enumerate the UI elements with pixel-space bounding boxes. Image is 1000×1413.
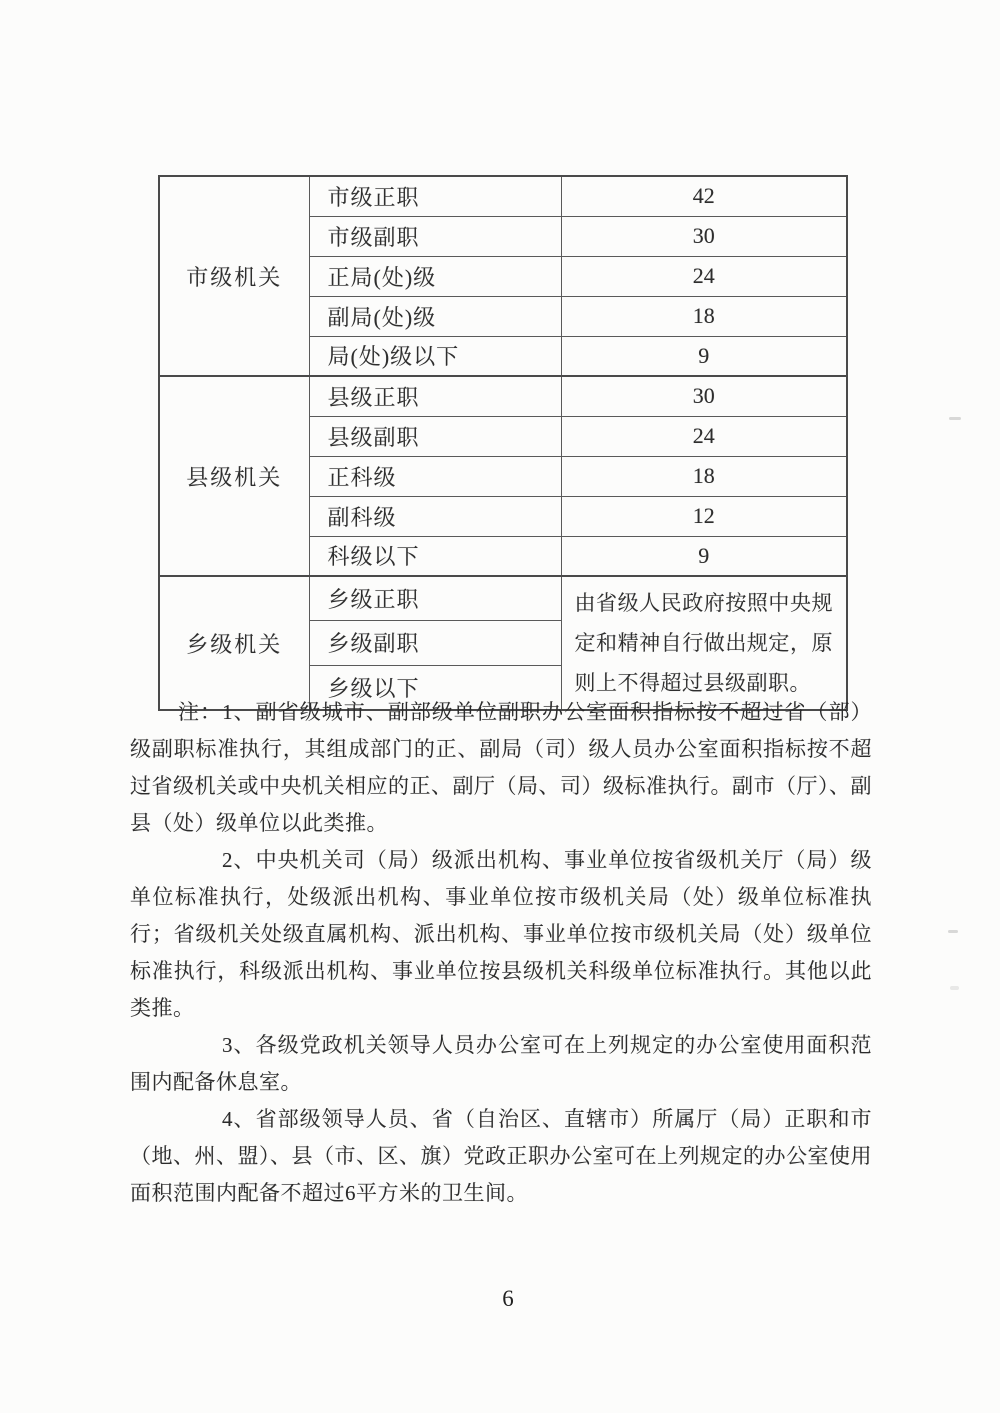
note-paragraph-4: 4、省部级领导人员、省（自治区、直辖市）所属厅（局）正职和市（地、州、盟）、县（… — [130, 1101, 872, 1212]
position-cell: 科级以下 — [309, 536, 561, 576]
value-cell: 12 — [561, 496, 847, 536]
scan-artifact — [950, 986, 959, 990]
position-cell: 乡级副职 — [309, 621, 561, 666]
office-area-standards-table: 市级机关 市级正职 42 市级副职 30 正局(处)级 24 副局(处)级 18… — [158, 175, 848, 711]
table-row: 市级机关 市级正职 42 — [159, 176, 847, 216]
notes-block: 注：1、副省级城市、副部级单位副职办公室面积指标按不超过省（部）级副职标准执行，… — [130, 694, 872, 1212]
value-cell: 42 — [561, 176, 847, 216]
value-cell: 9 — [561, 536, 847, 576]
position-cell: 市级正职 — [309, 176, 561, 216]
position-cell: 县级副职 — [309, 416, 561, 456]
page-number: 6 — [0, 1286, 1000, 1312]
note-paragraph-2: 2、中央机关司（局）级派出机构、事业单位按省级机关厅（局）级单位标准执行，处级派… — [130, 842, 872, 1027]
position-cell: 乡级正职 — [309, 576, 561, 621]
position-cell: 市级副职 — [309, 216, 561, 256]
position-cell: 副科级 — [309, 496, 561, 536]
scan-artifact — [949, 417, 961, 420]
scan-artifact — [948, 930, 958, 933]
group-cell-city: 市级机关 — [159, 176, 309, 376]
value-cell: 24 — [561, 416, 847, 456]
position-cell: 正科级 — [309, 456, 561, 496]
note-paragraph-3: 3、各级党政机关领导人员办公室可在上列规定的办公室使用面积范围内配备休息室。 — [130, 1027, 872, 1101]
position-cell: 副局(处)级 — [309, 296, 561, 336]
value-cell: 9 — [561, 336, 847, 376]
table-row: 县级机关 县级正职 30 — [159, 376, 847, 416]
merged-value-cell: 由省级人民政府按照中央规定和精神自行做出规定，原则上不得超过县级副职。 — [561, 576, 847, 710]
position-cell: 正局(处)级 — [309, 256, 561, 296]
position-cell: 局(处)级以下 — [309, 336, 561, 376]
group-cell-township: 乡级机关 — [159, 576, 309, 710]
value-cell: 18 — [561, 296, 847, 336]
value-cell: 18 — [561, 456, 847, 496]
table-row: 乡级机关 乡级正职 由省级人民政府按照中央规定和精神自行做出规定，原则上不得超过… — [159, 576, 847, 621]
note-paragraph-1: 注：1、副省级城市、副部级单位副职办公室面积指标按不超过省（部）级副职标准执行，… — [130, 694, 872, 842]
position-cell: 县级正职 — [309, 376, 561, 416]
value-cell: 30 — [561, 216, 847, 256]
group-cell-county: 县级机关 — [159, 376, 309, 576]
value-cell: 24 — [561, 256, 847, 296]
value-cell: 30 — [561, 376, 847, 416]
document-page: 市级机关 市级正职 42 市级副职 30 正局(处)级 24 副局(处)级 18… — [0, 0, 1000, 1413]
